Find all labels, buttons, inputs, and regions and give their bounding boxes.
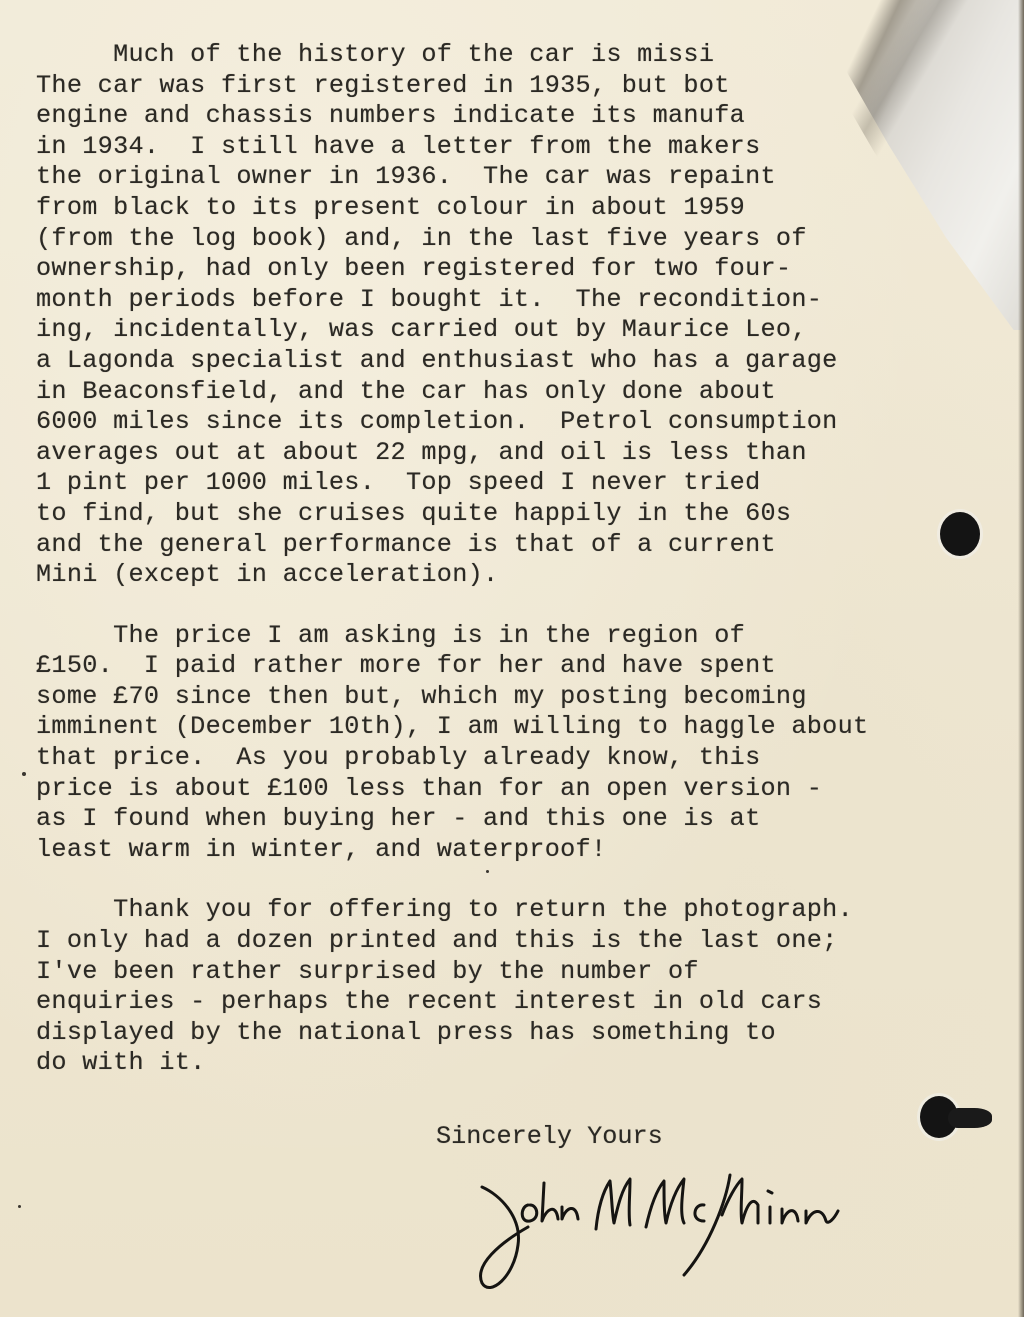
- letter-body: Much of the history of the car is missi …: [36, 40, 1024, 1109]
- text-line: a Lagonda specialist and enthusiast who …: [36, 346, 1024, 377]
- text-line: ownership, had only been registered for …: [36, 254, 1024, 285]
- text-line: price is about £100 less than for an ope…: [36, 774, 1024, 805]
- text-line: Mini (except in acceleration).: [36, 560, 1024, 591]
- ink-speck: [22, 772, 26, 776]
- text-line: averages out at about 22 mpg, and oil is…: [36, 438, 1024, 469]
- text-line: that price. As you probably already know…: [36, 743, 1024, 774]
- text-line: The car was first registered in 1935, bu…: [36, 71, 1024, 102]
- text-line: enquiries - perhaps the recent interest …: [36, 987, 1024, 1018]
- text-line: imminent (December 10th), I am willing t…: [36, 712, 1024, 743]
- text-line: Thank you for offering to return the pho…: [36, 895, 1024, 926]
- text-line: (from the log book) and, in the last fiv…: [36, 224, 1024, 255]
- text-line: ing, incidentally, was carried out by Ma…: [36, 315, 1024, 346]
- text-line: the original owner in 1936. The car was …: [36, 162, 1024, 193]
- text-line: least warm in winter, and waterproof!: [36, 835, 1024, 866]
- text-line: month periods before I bought it. The re…: [36, 285, 1024, 316]
- text-line: engine and chassis numbers indicate its …: [36, 101, 1024, 132]
- paragraph-history: Much of the history of the car is missi …: [36, 40, 1024, 591]
- text-line: some £70 since then but, which my postin…: [36, 682, 1024, 713]
- text-line: 6000 miles since its completion. Petrol …: [36, 407, 1024, 438]
- punch-hole-tear: [948, 1108, 992, 1128]
- punch-hole: [940, 512, 980, 556]
- text-line: in 1934. I still have a letter from the …: [36, 132, 1024, 163]
- text-line: I've been rather surprised by the number…: [36, 957, 1024, 988]
- text-line: and the general performance is that of a…: [36, 530, 1024, 561]
- text-line: £150. I paid rather more for her and hav…: [36, 651, 1024, 682]
- paragraph-price: The price I am asking is in the region o…: [36, 621, 1024, 866]
- letter-closing: Sincerely Yours: [436, 1122, 663, 1151]
- text-line: in Beaconsfield, and the car has only do…: [36, 377, 1024, 408]
- text-line: The price I am asking is in the region o…: [36, 621, 1024, 652]
- ink-speck: [486, 870, 489, 873]
- text-line: displayed by the national press has some…: [36, 1018, 1024, 1049]
- text-line: I only had a dozen printed and this is t…: [36, 926, 1024, 957]
- text-line: as I found when buying her - and this on…: [36, 804, 1024, 835]
- letter-page: Much of the history of the car is missi …: [0, 0, 1024, 1317]
- text-line: to find, but she cruises quite happily i…: [36, 499, 1024, 530]
- ink-speck: [18, 1205, 21, 1208]
- text-line: do with it.: [36, 1048, 1024, 1079]
- text-line: 1 pint per 1000 miles. Top speed I never…: [36, 468, 1024, 499]
- signature: John M McMinn: [470, 1165, 850, 1300]
- text-line: Much of the history of the car is missi: [36, 40, 1024, 71]
- paragraph-photograph: Thank you for offering to return the pho…: [36, 895, 1024, 1079]
- text-line: from black to its present colour in abou…: [36, 193, 1024, 224]
